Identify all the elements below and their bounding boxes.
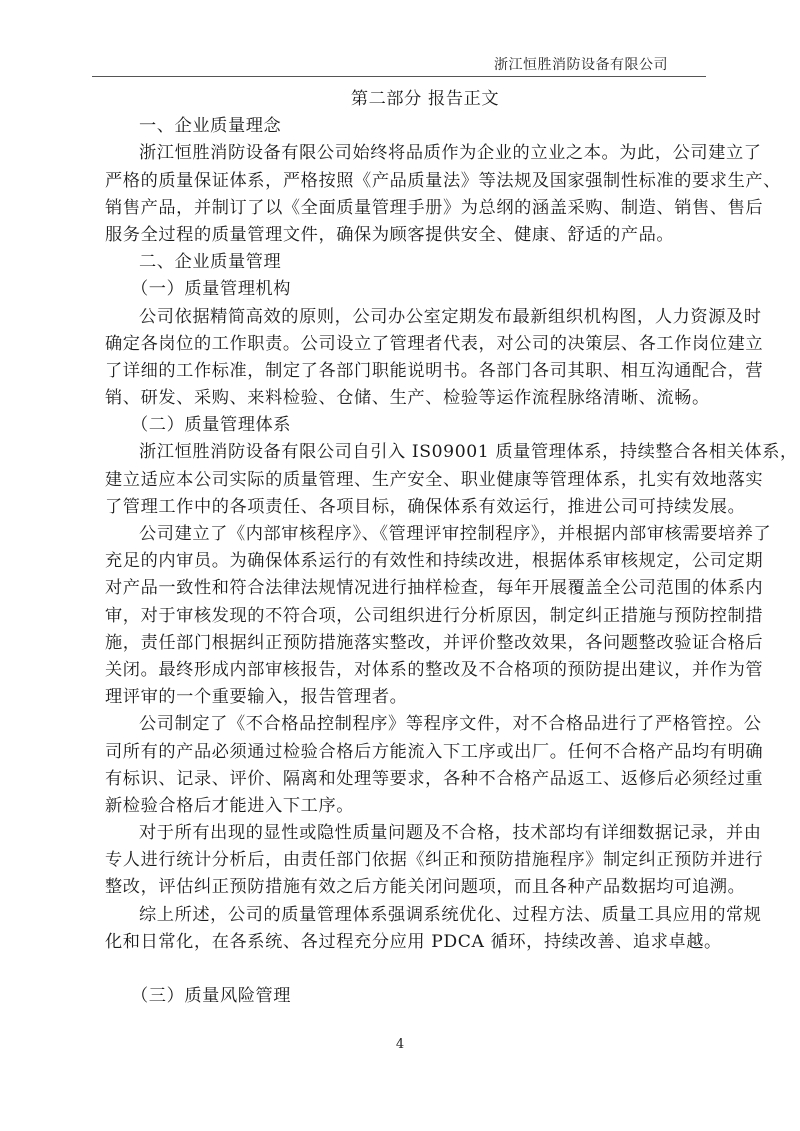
- paragraph-line: 确定各岗位的工作职责。公司设立了管理者代表，对公司的决策层、各工作岗位建立: [105, 331, 705, 358]
- paragraph-line: 销售产品，并制订了以《全面质量管理手册》为总纲的涵盖采购、制造、销售、售后: [105, 195, 705, 222]
- paragraph-system-audit: 公司建立了《内部审核程序》、《管理评审控制程序》，并根据内部审核需要培养了 充足…: [105, 521, 705, 711]
- paragraph-line: 公司制定了《不合格品控制程序》等程序文件，对不合格品进行了严格管控。公: [105, 711, 705, 738]
- header-company-name: 浙江恒胜消防设备有限公司: [494, 54, 668, 74]
- paragraph-line: 化和日常化，在各系统、各过程充分应用 PDCA 循环，持续改善、追求卓越。: [105, 929, 705, 956]
- paragraph-line: 公司依据精简高效的原则，公司办公室定期发布最新组织机构图，人力资源及时: [105, 304, 705, 331]
- paragraph-line: 服务全过程的质量管理文件，确保为顾客提供安全、健康、舒适的产品。: [105, 222, 705, 249]
- paragraph-system-corrective: 对于所有出现的显性或隐性质量问题及不合格，技术部均有详细数据记录，并由 专人进行…: [105, 820, 705, 902]
- paragraph-line: 充足的内审员。为确保体系运行的有效性和持续改进，根据体系审核规定，公司定期: [105, 548, 705, 575]
- paragraph-line: 销、研发、采购、来料检验、仓储、生产、检验等运作流程脉络清晰、流畅。: [105, 385, 705, 412]
- subsection-heading-system: （二）质量管理体系: [105, 412, 705, 439]
- page-number: 4: [0, 1037, 800, 1052]
- paragraph-line: 浙江恒胜消防设备有限公司自引入 IS09001 质量管理体系，持续整合各相关体系…: [105, 439, 705, 466]
- subsection-heading-organization: （一）质量管理机构: [105, 276, 705, 303]
- section-heading-quality-management: 二、企业质量管理: [105, 249, 705, 276]
- paragraph-line: 司所有的产品必须通过检验合格后方能流入下工序或出厂。任何不合格产品均有明确: [105, 739, 705, 766]
- paragraph-line: 了详细的工作标准，制定了各部门职能说明书。各部门各司其职、相互沟通配合，营: [105, 358, 705, 385]
- paragraph-line: 对产品一致性和符合法律法规情况进行抽样检查，每年开展覆盖全公司范围的体系内: [105, 575, 705, 602]
- document-body: 第二部分 报告正文 一、企业质量理念 浙江恒胜消防设备有限公司始终将品质作为企业…: [105, 86, 705, 1010]
- paragraph-line: 公司建立了《内部审核程序》、《管理评审控制程序》，并根据内部审核需要培养了: [105, 521, 705, 548]
- paragraph-line: 新检验合格后才能进入下工序。: [105, 793, 705, 820]
- page-header: 浙江恒胜消防设备有限公司: [92, 52, 706, 77]
- paragraph-line: 关闭。最终形成内部审核报告，对体系的整改及不合格项的预防提出建议，并作为管: [105, 657, 705, 684]
- paragraph-line: 建立适应本公司实际的质量管理、生产安全、职业健康等管理体系，扎实有效地落实: [105, 467, 705, 494]
- paragraph-system-nonconforming: 公司制定了《不合格品控制程序》等程序文件，对不合格品进行了严格管控。公 司所有的…: [105, 711, 705, 820]
- paragraph-line: 严格的质量保证体系，严格按照《产品质量法》等法规及国家强制性标准的要求生产、: [105, 168, 705, 195]
- paragraph-line: 综上所述，公司的质量管理体系强调系统优化、过程方法、质量工具应用的常规: [105, 902, 705, 929]
- paragraph-line: 审，对于审核发现的不符合项，公司组织进行分析原因，制定纠正措施与预防控制措: [105, 603, 705, 630]
- paragraph-line: 了管理工作中的各项责任、各项目标，确保体系有效运行，推进公司可持续发展。: [105, 494, 705, 521]
- paragraph-line: 专人进行统计分析后，由责任部门依据《纠正和预防措施程序》制定纠正预防并进行: [105, 847, 705, 874]
- paragraph-quality-concept: 浙江恒胜消防设备有限公司始终将品质作为企业的立业之本。为此，公司建立了 严格的质…: [105, 140, 705, 249]
- part-title: 第二部分 报告正文: [105, 86, 705, 113]
- subsection-heading-risk: （三）质量风险管理: [105, 983, 705, 1010]
- paragraph-organization: 公司依据精简高效的原则，公司办公室定期发布最新组织机构图，人力资源及时 确定各岗…: [105, 304, 705, 413]
- paragraph-line: 浙江恒胜消防设备有限公司始终将品质作为企业的立业之本。为此，公司建立了: [105, 140, 705, 167]
- blank-line: [105, 956, 705, 983]
- paragraph-line: 理评审的一个重要输入，报告管理者。: [105, 684, 705, 711]
- paragraph-system-summary: 综上所述，公司的质量管理体系强调系统优化、过程方法、质量工具应用的常规 化和日常…: [105, 902, 705, 956]
- paragraph-line: 施，责任部门根据纠正预防措施落实整改，并评价整改效果，各问题整改验证合格后: [105, 630, 705, 657]
- section-heading-quality-concept: 一、企业质量理念: [105, 113, 705, 140]
- paragraph-line: 对于所有出现的显性或隐性质量问题及不合格，技术部均有详细数据记录，并由: [105, 820, 705, 847]
- paragraph-line: 整改，评估纠正预防措施有效之后方能关闭问题项，而且各种产品数据均可追溯。: [105, 874, 705, 901]
- paragraph-line: 有标识、记录、评价、隔离和处理等要求，各种不合格产品返工、返修后必须经过重: [105, 766, 705, 793]
- paragraph-system-iso: 浙江恒胜消防设备有限公司自引入 IS09001 质量管理体系，持续整合各相关体系…: [105, 439, 705, 521]
